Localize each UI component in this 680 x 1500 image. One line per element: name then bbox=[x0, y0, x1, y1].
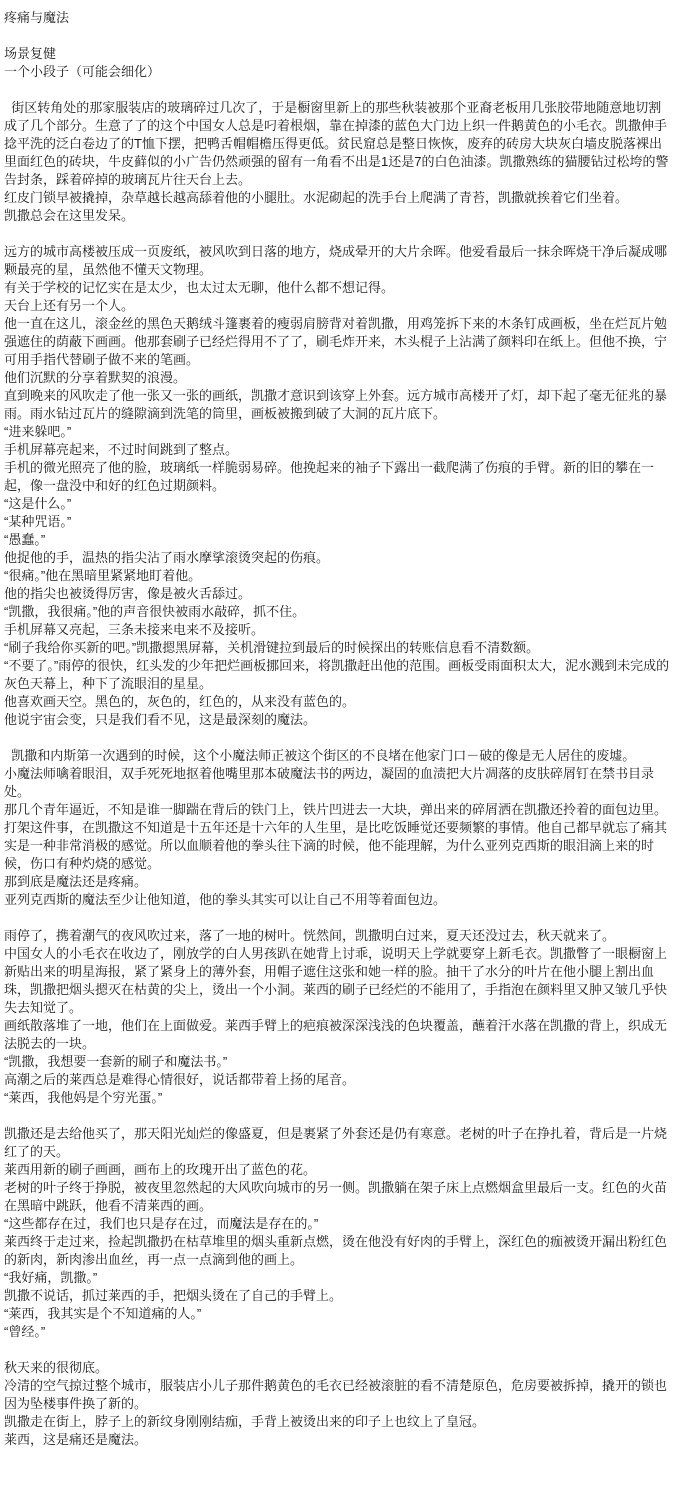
paragraph: 秋天来的很彻底。 bbox=[4, 1359, 672, 1377]
paragraph: 他们沉默的分享着默契的浪漫。 bbox=[4, 369, 672, 387]
paragraph: “凯撒，我很痛。”他的声音很快被雨水敲碎，抓不住。 bbox=[4, 603, 672, 621]
paragraph: 他的指尖也被烫得厉害，像是被火舌舔过。 bbox=[4, 585, 672, 603]
blank-line bbox=[4, 729, 672, 747]
paragraph: 手机屏幕又亮起，三条未接来电来不及接听。 bbox=[4, 621, 672, 639]
document-body: 疼痛与魔法 场景复健一个小段子（可能会细化） 街区转角处的那家服装店的玻璃碎过几… bbox=[0, 0, 680, 1449]
paragraph: 冷清的空气掠过整个城市，服装店小儿子那件鹅黄色的毛衣已经被滚脏的看不清楚原色，危… bbox=[4, 1377, 672, 1413]
blank-line bbox=[4, 1341, 672, 1359]
paragraph: “凯撒，我想要一套新的刷子和魔法书。” bbox=[4, 1053, 672, 1071]
paragraph: 亚列克西斯的魔法至少让他知道，他的拳头其实可以让自己不用等着面包边。 bbox=[4, 891, 672, 909]
paragraph: 街区转角处的那家服装店的玻璃碎过几次了，于是橱窗里新上的那些秋装被那个亚裔老板用… bbox=[4, 99, 672, 189]
paragraph: 中国女人的小毛衣在收边了，刚放学的白人男孩趴在她背上讨乖，说明天上学就要穿上新毛… bbox=[4, 945, 672, 1017]
paragraph: 画纸散落堆了一地，他们在上面做爱。莱西手臂上的疤痕被深深浅浅的色块覆盖，蘸着汗水… bbox=[4, 1017, 672, 1053]
paragraph: 老树的叶子终于挣脱，被夜里忽然起的大风吹向城市的另一侧。凯撒躺在架子床上点燃烟盒… bbox=[4, 1179, 672, 1215]
paragraph: 高潮之后的莱西总是难得心情很好，说话都带着上扬的尾音。 bbox=[4, 1071, 672, 1089]
blank-line bbox=[4, 909, 672, 927]
paragraph: 红皮门锁早被撬掉，杂草越长越高舔着他的小腿肚。水泥砌起的洗手台上爬满了青苔，凯撒… bbox=[4, 189, 672, 207]
paragraph: 他捉他的手，温热的指尖沾了雨水摩挲滚烫突起的伤痕。 bbox=[4, 549, 672, 567]
blank-line bbox=[4, 225, 672, 243]
paragraph: “我好痛，凯撒。” bbox=[4, 1269, 672, 1287]
paragraph: “莱西，我其实是个不知道痛的人。” bbox=[4, 1305, 672, 1323]
paragraph: 小魔法师噙着眼泪，双手死死地抠着他嘴里那本破魔法书的两边，凝固的血渍把大片凋落的… bbox=[4, 765, 672, 801]
paragraph: 手机的微光照亮了他的脸，玻璃纸一样脆弱易碎。他挽起来的袖子下露出一截爬满了伤痕的… bbox=[4, 459, 672, 495]
paragraph: 莱西，这是痛还是魔法。 bbox=[4, 1431, 672, 1449]
paragraph: 远方的城市高楼被压成一页废纸，被风吹到日落的地方，烧成晕开的大片余晖。他爱看最后… bbox=[4, 243, 672, 279]
page-title: 疼痛与魔法 bbox=[4, 9, 672, 27]
paragraph: 天台上还有另一个人。 bbox=[4, 297, 672, 315]
paragraph: 打架这件事，在凯撒这不知道是十五年还是十六年的人生里，是比吃饭睡觉还要频繁的事情… bbox=[4, 819, 672, 873]
paragraph: “莱西，我他妈是个穷光蛋。” bbox=[4, 1089, 672, 1107]
paragraph: “愚蠢。” bbox=[4, 531, 672, 549]
paragraph: 直到晚来的风吹走了他一张又一张的画纸，凯撒才意识到该穿上外套。远方城市高楼开了灯… bbox=[4, 387, 672, 423]
paragraph: 莱西终于走过来，捡起凯撒扔在枯草堆里的烟头重新点燃，烫在他没有好肉的手臂上，深红… bbox=[4, 1233, 672, 1269]
paragraph: 凯撒走在街上，脖子上的新纹身刚刚结痂，手背上被烫出来的印子上也纹上了皇冠。 bbox=[4, 1413, 672, 1431]
paragraph: 凯撒总会在这里发呆。 bbox=[4, 207, 672, 225]
paragraph: “曾经。” bbox=[4, 1323, 672, 1341]
paragraph: 凯撒还是去给他买了，那天阳光灿烂的像盛夏，但是裹紧了外套还是仍有寒意。老树的叶子… bbox=[4, 1125, 672, 1161]
paragraph-list: 场景复健一个小段子（可能会细化） 街区转角处的那家服装店的玻璃碎过几次了，于是橱… bbox=[4, 27, 672, 1449]
paragraph: 那到底是魔法还是疼痛。 bbox=[4, 873, 672, 891]
paragraph: 场景复健 bbox=[4, 45, 672, 63]
blank-line bbox=[4, 1107, 672, 1125]
paragraph: 他说宇宙会变，只是我们看不见，这是最深刻的魔法。 bbox=[4, 711, 672, 729]
paragraph: “不要了。”雨停的很快，红头发的少年把烂画板挪回来，将凯撒赶出他的范围。画板受雨… bbox=[4, 657, 672, 693]
paragraph: 凯撒不说话，抓过莱西的手，把烟头烫在了自己的手臂上。 bbox=[4, 1287, 672, 1305]
paragraph: “这些都存在过，我们也只是存在过，而魔法是存在的。” bbox=[4, 1215, 672, 1233]
paragraph: “进来躲吧。” bbox=[4, 423, 672, 441]
paragraph: 手机屏幕亮起来，不过时间跳到了整点。 bbox=[4, 441, 672, 459]
paragraph: 一个小段子（可能会细化） bbox=[4, 63, 672, 81]
blank-line bbox=[4, 81, 672, 99]
paragraph: 有关于学校的记忆实在是太少，也太过太无聊，他什么都不想记得。 bbox=[4, 279, 672, 297]
paragraph: 那几个青年逼近，不知是谁一脚踹在背后的铁门上，铁片凹进去一大块，弹出来的碎屑洒在… bbox=[4, 801, 672, 819]
paragraph: 莱西用新的刷子画画，画布上的玫瑰开出了蓝色的花。 bbox=[4, 1161, 672, 1179]
paragraph: 凯撒和内斯第一次遇到的时候，这个小魔法师正被这个街区的不良堵在他家门口－破的像是… bbox=[4, 747, 672, 765]
paragraph: “刷子我给你买新的吧。”凯撒摁黑屏幕，关机滑键拉到最后的时候探出的转账信息看不清… bbox=[4, 639, 672, 657]
paragraph: “某种咒语。” bbox=[4, 513, 672, 531]
paragraph: 他喜欢画天空。黑色的，灰色的，红色的，从来没有蓝色的。 bbox=[4, 693, 672, 711]
paragraph: “这是什么。” bbox=[4, 495, 672, 513]
blank-line bbox=[4, 27, 672, 45]
paragraph: 他一直在这儿，滚金丝的黑色天鹅绒斗篷裹着的瘦弱肩膀背对着凯撒，用鸡笼拆下来的木条… bbox=[4, 315, 672, 369]
paragraph: “很痛。”他在黑暗里紧紧地盯着他。 bbox=[4, 567, 672, 585]
paragraph: 雨停了，携着潮气的夜风吹过来，落了一地的树叶。恍然间，凯撒明白过来，夏天还没过去… bbox=[4, 927, 672, 945]
